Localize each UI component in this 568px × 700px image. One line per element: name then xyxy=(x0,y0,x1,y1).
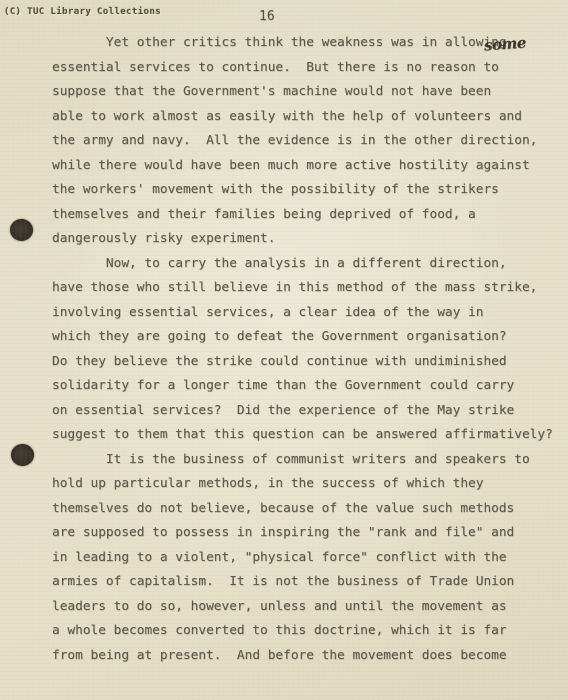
typed-line: suppose that the Government's machine wo… xyxy=(52,80,557,105)
typed-line: hold up particular methods, in the succe… xyxy=(52,472,557,497)
typed-line: able to work almost as easily with the h… xyxy=(52,105,557,130)
typed-line: themselves and their families being depr… xyxy=(52,203,557,228)
typed-text-block: Yet other critics think the weakness was… xyxy=(52,31,557,668)
page-number: 16 xyxy=(259,9,275,24)
typed-line: solidarity for a longer time than the Go… xyxy=(52,374,557,399)
typed-line: themselves do not believe, because of th… xyxy=(52,497,557,522)
typed-line: a whole becomes converted to this doctri… xyxy=(52,619,557,644)
hole-punch-top xyxy=(10,219,33,241)
typed-line: suggest to them that this question can b… xyxy=(52,423,557,448)
typed-line: while there would have been much more ac… xyxy=(52,154,557,179)
typed-line: in leading to a violent, "physical force… xyxy=(52,546,557,571)
typed-line: dangerously risky experiment. xyxy=(52,227,557,252)
typed-line: the workers' movement with the possibili… xyxy=(52,178,557,203)
typed-line: leaders to do so, however, unless and un… xyxy=(52,595,557,620)
typed-line: Do they believe the strike could continu… xyxy=(52,350,557,375)
typed-line: Yet other critics think the weakness was… xyxy=(52,31,557,56)
typed-line: Now, to carry the analysis in a differen… xyxy=(52,252,557,277)
typed-line: involving essential services, a clear id… xyxy=(52,301,557,326)
typed-line: are supposed to possess in inspiring the… xyxy=(52,521,557,546)
typed-line: essential services to continue. But ther… xyxy=(52,56,557,81)
typed-line: have those who still believe in this met… xyxy=(52,276,557,301)
typed-line: from being at present. And before the mo… xyxy=(52,644,557,669)
typed-line: the army and navy. All the evidence is i… xyxy=(52,129,557,154)
copyright-watermark: (C) TUC Library Collections xyxy=(4,6,161,18)
typed-line: armies of capitalism. It is not the busi… xyxy=(52,570,557,595)
typed-line: which they are going to defeat the Gover… xyxy=(52,325,557,350)
hole-punch-bottom xyxy=(11,444,34,466)
document-page: (C) TUC Library Collections 16 Yet other… xyxy=(0,0,568,700)
handwritten-annotation: some xyxy=(483,34,526,55)
typed-line: It is the business of communist writers … xyxy=(52,448,557,473)
typed-line: on essential services? Did the experienc… xyxy=(52,399,557,424)
